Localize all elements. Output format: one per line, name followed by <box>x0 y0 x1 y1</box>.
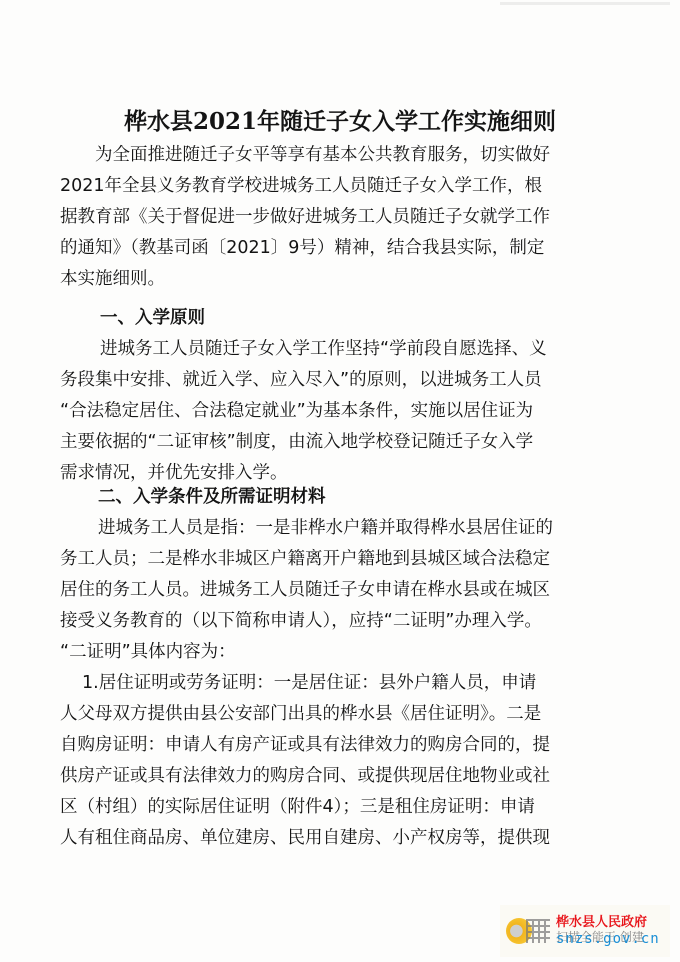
scan-artifact <box>500 2 670 5</box>
paragraph-line: “二证明”具体内容为： <box>60 637 620 668</box>
section-heading: 二、入学条件及所需证明材料 <box>60 482 620 513</box>
watermark-text: 桦水县人民政府 扫描全能王 创建 snzs.gov.cn <box>556 916 660 946</box>
section-2: 二、入学条件及所需证明材料 进城务工人员是指：一是非桦水户籍并取得桦水县居住证的… <box>60 482 620 854</box>
list-item-line: 1.居住证明或劳务证明：一是居住证：县外户籍人员，申请 <box>60 668 620 699</box>
watermark-title: 桦水县人民政府 <box>556 916 660 930</box>
paragraph-line: 务工人员；二是桦水非城区户籍离开户籍地到县城区域合法稳定 <box>60 544 620 575</box>
list-item-line: 区（村组）的实际居住证明（附件4）；三是租住房证明：申请 <box>60 792 620 823</box>
intro-line: 本实施细则。 <box>60 264 620 295</box>
paragraph-line: 接受义务教育的（以下简称申请人），应持“二证明”办理入学。 <box>60 606 620 637</box>
intro-line: 2021年全县义务教育学校进城务工人员随迁子女入学工作，根 <box>60 171 620 202</box>
qr-code-icon <box>526 919 550 943</box>
intro-line: 的通知》（教基司函〔2021〕9号）精神，结合我县实际，制定 <box>60 233 620 264</box>
watermark-logo: 桦水县人民政府 扫描全能王 创建 snzs.gov.cn <box>500 905 670 957</box>
watermark-url: snzs.gov.cn <box>556 932 660 946</box>
list-item-line: 人有租住商品房、单位建房、民用自建房、小产权房等，提供现 <box>60 823 620 854</box>
paragraph-line: 进城务工人员是指：一是非桦水户籍并取得桦水县居住证的 <box>60 513 620 544</box>
paragraph-line: 务段集中安排、就近入学、应入尽入”的原则，以进城务工人员 <box>60 365 620 396</box>
paragraph-line: 主要依据的“二证审核”制度，由流入地学校登记随迁子女入学 <box>60 427 620 458</box>
section-heading: 一、入学原则 <box>60 303 620 334</box>
intro-line: 据教育部《关于督促进一步做好进城务工人员随迁子女就学工作 <box>60 202 620 233</box>
paragraph-line: 居住的务工人员。进城务工人员随迁子女申请在桦水县或在城区 <box>60 575 620 606</box>
paragraph-line: “合法稳定居住、合法稳定就业”为基本条件，实施以居住证为 <box>60 396 620 427</box>
list-item-line: 供房产证或具有法律效力的购房合同、或提供现居住地物业或社 <box>60 761 620 792</box>
intro-paragraph: 为全面推进随迁子女平等享有基本公共教育服务，切实做好 2021年全县义务教育学校… <box>60 140 620 295</box>
section-1: 一、入学原则 进城务工人员随迁子女入学工作坚持“学前段自愿选择、义 务段集中安排… <box>60 303 620 489</box>
intro-line: 为全面推进随迁子女平等享有基本公共教育服务，切实做好 <box>60 140 620 171</box>
document-title: 桦水县2021年随迁子女入学工作实施细则 <box>0 103 680 136</box>
list-item-line: 自购房证明：申请人有房产证或具有法律效力的购房合同的，提 <box>60 730 620 761</box>
paragraph-line: 进城务工人员随迁子女入学工作坚持“学前段自愿选择、义 <box>60 334 620 365</box>
list-item-line: 人父母双方提供由县公安部门出具的桦水县《居住证明》。二是 <box>60 699 620 730</box>
